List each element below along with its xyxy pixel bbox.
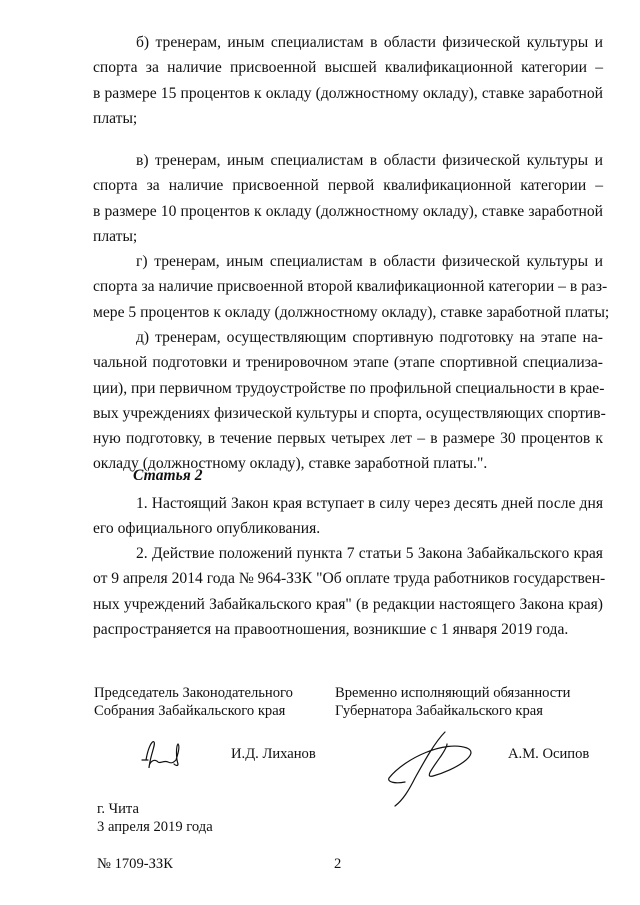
document-number: № 1709-ЗЗК: [97, 855, 173, 873]
paragraph-g: г) тренерам, иным специалистам в области…: [93, 249, 603, 325]
signatory-right-title-line2: Губернатора Забайкальского края: [335, 702, 570, 720]
signature-right-icon: [385, 730, 485, 810]
text-line: спорта за наличие присвоенной высшей ква…: [93, 55, 603, 80]
text-line: в размере 10 процентов к окладу (должнос…: [93, 199, 603, 224]
text-line: ции), при первичном трудоустройстве по п…: [93, 376, 603, 401]
text-line: в размере 15 процентов к окладу (должнос…: [93, 81, 603, 106]
text-line: вых учреждениях физической культуры и сп…: [93, 401, 603, 426]
place: г. Чита: [97, 800, 139, 818]
text-line: мере 5 процентов к окладу (должностному …: [93, 300, 603, 325]
signature-left-icon: [140, 738, 184, 774]
signatory-left-title-line1: Председатель Законодательного: [94, 684, 293, 702]
text-line: спорта за наличие присвоенной первой ква…: [93, 173, 603, 198]
signatory-right-name: А.М. Осипов: [508, 746, 589, 763]
text-line: его официального опубликования.: [93, 516, 603, 541]
text-line: платы;: [93, 224, 603, 249]
text-line: от 9 апреля 2014 года № 964-ЗЗК "Об опла…: [93, 566, 603, 591]
signatory-right-title: Временно исполняющий обязанности Губерна…: [335, 684, 570, 720]
text-line: в) тренерам, иным специалистам в области…: [93, 148, 603, 173]
page-number: 2: [334, 855, 341, 873]
date: 3 апреля 2019 года: [97, 818, 213, 836]
paragraph-b: б) тренерам, иным специалистам в области…: [93, 30, 603, 131]
paragraph-v: в) тренерам, иным специалистам в области…: [93, 148, 603, 249]
text-line: ных учреждений Забайкальского края" (в р…: [93, 592, 603, 617]
text-line: д) тренерам, осуществляющим спортивную п…: [93, 325, 603, 350]
article-item-2: 2. Действие положений пункта 7 статьи 5 …: [93, 541, 603, 642]
text-line: платы;: [93, 106, 603, 131]
text-line: б) тренерам, иным специалистам в области…: [93, 30, 603, 55]
text-line: 1. Настоящий Закон края вступает в силу …: [93, 491, 603, 516]
signatory-left-title: Председатель Законодательного Собрания З…: [94, 684, 293, 720]
text-line: ную подготовку, в течение первых четырех…: [93, 426, 603, 451]
signatory-left-title-line2: Собрания Забайкальского края: [94, 702, 293, 720]
text-line: чальной подготовки и тренировочном этапе…: [93, 350, 603, 375]
article-item-1: 1. Настоящий Закон края вступает в силу …: [93, 491, 603, 542]
text-line: распространяется на правоотношения, возн…: [93, 617, 603, 642]
signatory-left-name: И.Д. Лиханов: [231, 746, 316, 763]
paragraph-d: д) тренерам, осуществляющим спортивную п…: [93, 325, 603, 477]
article-heading: Статья 2: [133, 467, 203, 485]
document-page: б) тренерам, иным специалистам в области…: [0, 0, 640, 905]
text-line: г) тренерам, иным специалистам в области…: [93, 249, 603, 274]
text-line: 2. Действие положений пункта 7 статьи 5 …: [93, 541, 603, 566]
text-line: спорта за наличие присвоенной второй ква…: [93, 274, 603, 299]
signatory-right-title-line1: Временно исполняющий обязанности: [335, 684, 570, 702]
